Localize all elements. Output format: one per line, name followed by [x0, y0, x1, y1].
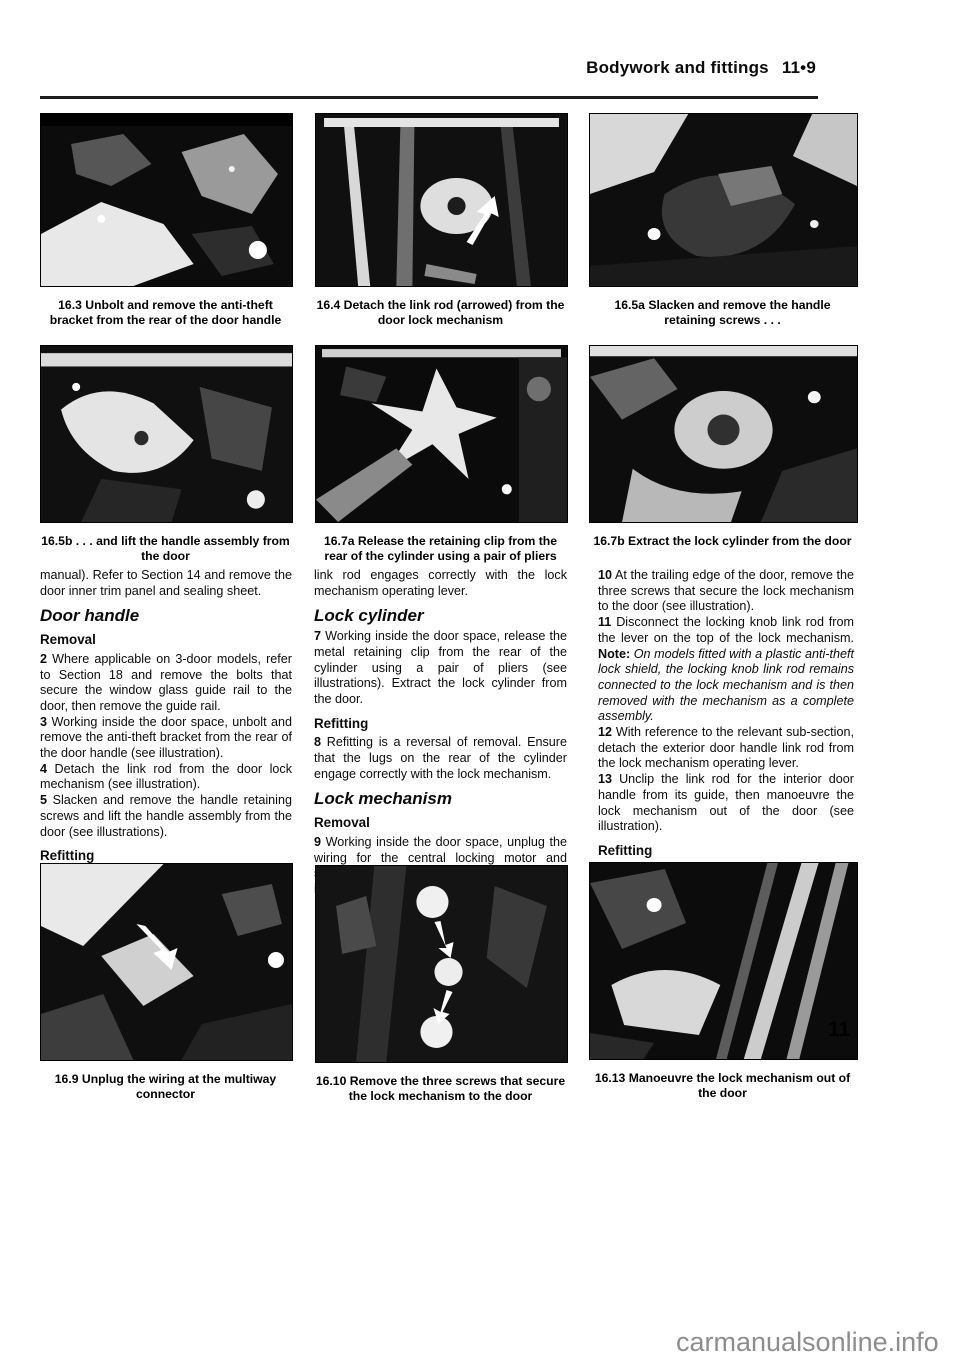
- manual-page: Bodywork and fittings11•9 16.3 Unbolt an…: [0, 0, 960, 1362]
- figure-16-13-photo: [589, 862, 858, 1060]
- figure-16-13-caption: 16.13 Manoeuvre the lock mechanism out o…: [589, 1071, 856, 1101]
- header-divider: [40, 96, 818, 99]
- subheading-refitting: Refitting: [598, 843, 854, 859]
- step-10: 10 At the trailing edge of the door, rem…: [598, 568, 854, 615]
- chapter-title: Bodywork and fittings: [586, 58, 769, 77]
- figure-16-5a: 16.5a Slacken and remove the handle reta…: [589, 113, 856, 328]
- section-heading-lock-mechanism: Lock mechanism: [314, 791, 567, 807]
- chapter-tab-number: 11: [828, 1018, 850, 1042]
- figure-16-5a-caption: 16.5a Slacken and remove the handle reta…: [589, 298, 856, 328]
- figure-16-5b-photo: [40, 345, 293, 523]
- text-column-3: 10 At the trailing edge of the door, rem…: [598, 568, 854, 910]
- figure-16-9-photo: [40, 863, 293, 1061]
- figure-16-3: 16.3 Unbolt and remove the anti-theft br…: [40, 113, 291, 328]
- subheading-removal: Removal: [40, 632, 292, 648]
- figure-16-7a-photo: [315, 345, 568, 523]
- figure-16-7a-caption: 16.7a Release the retaining clip from th…: [315, 534, 566, 564]
- figure-16-13: 16.13 Manoeuvre the lock mechanism out o…: [589, 862, 856, 1101]
- figure-16-9-caption: 16.9 Unplug the wiring at the multiway c…: [40, 1072, 291, 1102]
- step-5: 5 Slacken and remove the handle retainin…: [40, 793, 292, 840]
- subheading-refitting: Refitting: [314, 716, 567, 732]
- figure-16-3-caption: 16.3 Unbolt and remove the anti-theft br…: [40, 298, 291, 328]
- figure-16-3-photo: [40, 113, 293, 287]
- figure-16-5a-photo: [589, 113, 858, 287]
- step-11: 11 Disconnect the locking knob link rod …: [598, 615, 854, 725]
- paragraph-continuation: manual). Refer to Section 14 and remove …: [40, 568, 292, 599]
- figure-16-10: 16.10 Remove the three screws that secur…: [315, 865, 566, 1104]
- step-8: 8 Refitting is a reversal of removal. En…: [314, 735, 567, 782]
- step-2: 2 Where applicable on 3-door models, ref…: [40, 652, 292, 715]
- watermark-text: carmanualsonline.info: [676, 1327, 939, 1358]
- figure-16-7b: 16.7b Extract the lock cylinder from the…: [589, 345, 856, 549]
- figure-16-10-photo: [315, 865, 568, 1063]
- section-heading-lock-cylinder: Lock cylinder: [314, 608, 567, 624]
- subheading-refitting: Refitting: [40, 848, 292, 864]
- figure-16-7a: 16.7a Release the retaining clip from th…: [315, 345, 566, 564]
- figure-16-5b: 16.5b . . . and lift the handle assembly…: [40, 345, 291, 564]
- figure-16-10-caption: 16.10 Remove the three screws that secur…: [315, 1074, 566, 1104]
- subheading-removal: Removal: [314, 815, 567, 831]
- figure-16-7b-caption: 16.7b Extract the lock cylinder from the…: [589, 534, 856, 549]
- step-7: 7 Working inside the door space, release…: [314, 629, 567, 708]
- text-column-2: link rod engages correctly with the lock…: [314, 568, 567, 898]
- step-3: 3 Working inside the door space, unbolt …: [40, 715, 292, 762]
- paragraph-continuation: link rod engages correctly with the lock…: [314, 568, 567, 599]
- section-heading-door-handle: Door handle: [40, 608, 292, 624]
- page-reference: 11•9: [782, 58, 816, 77]
- step-4: 4 Detach the link rod from the door lock…: [40, 762, 292, 793]
- figure-16-4-photo: [315, 113, 568, 287]
- note-text: On models fitted with a plastic anti-the…: [598, 647, 854, 724]
- figure-16-4: 16.4 Detach the link rod (arrowed) from …: [315, 113, 566, 328]
- figure-16-7b-photo: [589, 345, 858, 523]
- step-12: 12 With reference to the relevant sub-se…: [598, 725, 854, 772]
- figure-16-9: 16.9 Unplug the wiring at the multiway c…: [40, 863, 291, 1102]
- note-label: Note:: [598, 647, 630, 661]
- page-header: Bodywork and fittings11•9: [40, 58, 816, 78]
- figure-16-5b-caption: 16.5b . . . and lift the handle assembly…: [40, 534, 291, 564]
- step-13: 13 Unclip the link rod for the interior …: [598, 772, 854, 835]
- figure-16-4-caption: 16.4 Detach the link rod (arrowed) from …: [315, 298, 566, 328]
